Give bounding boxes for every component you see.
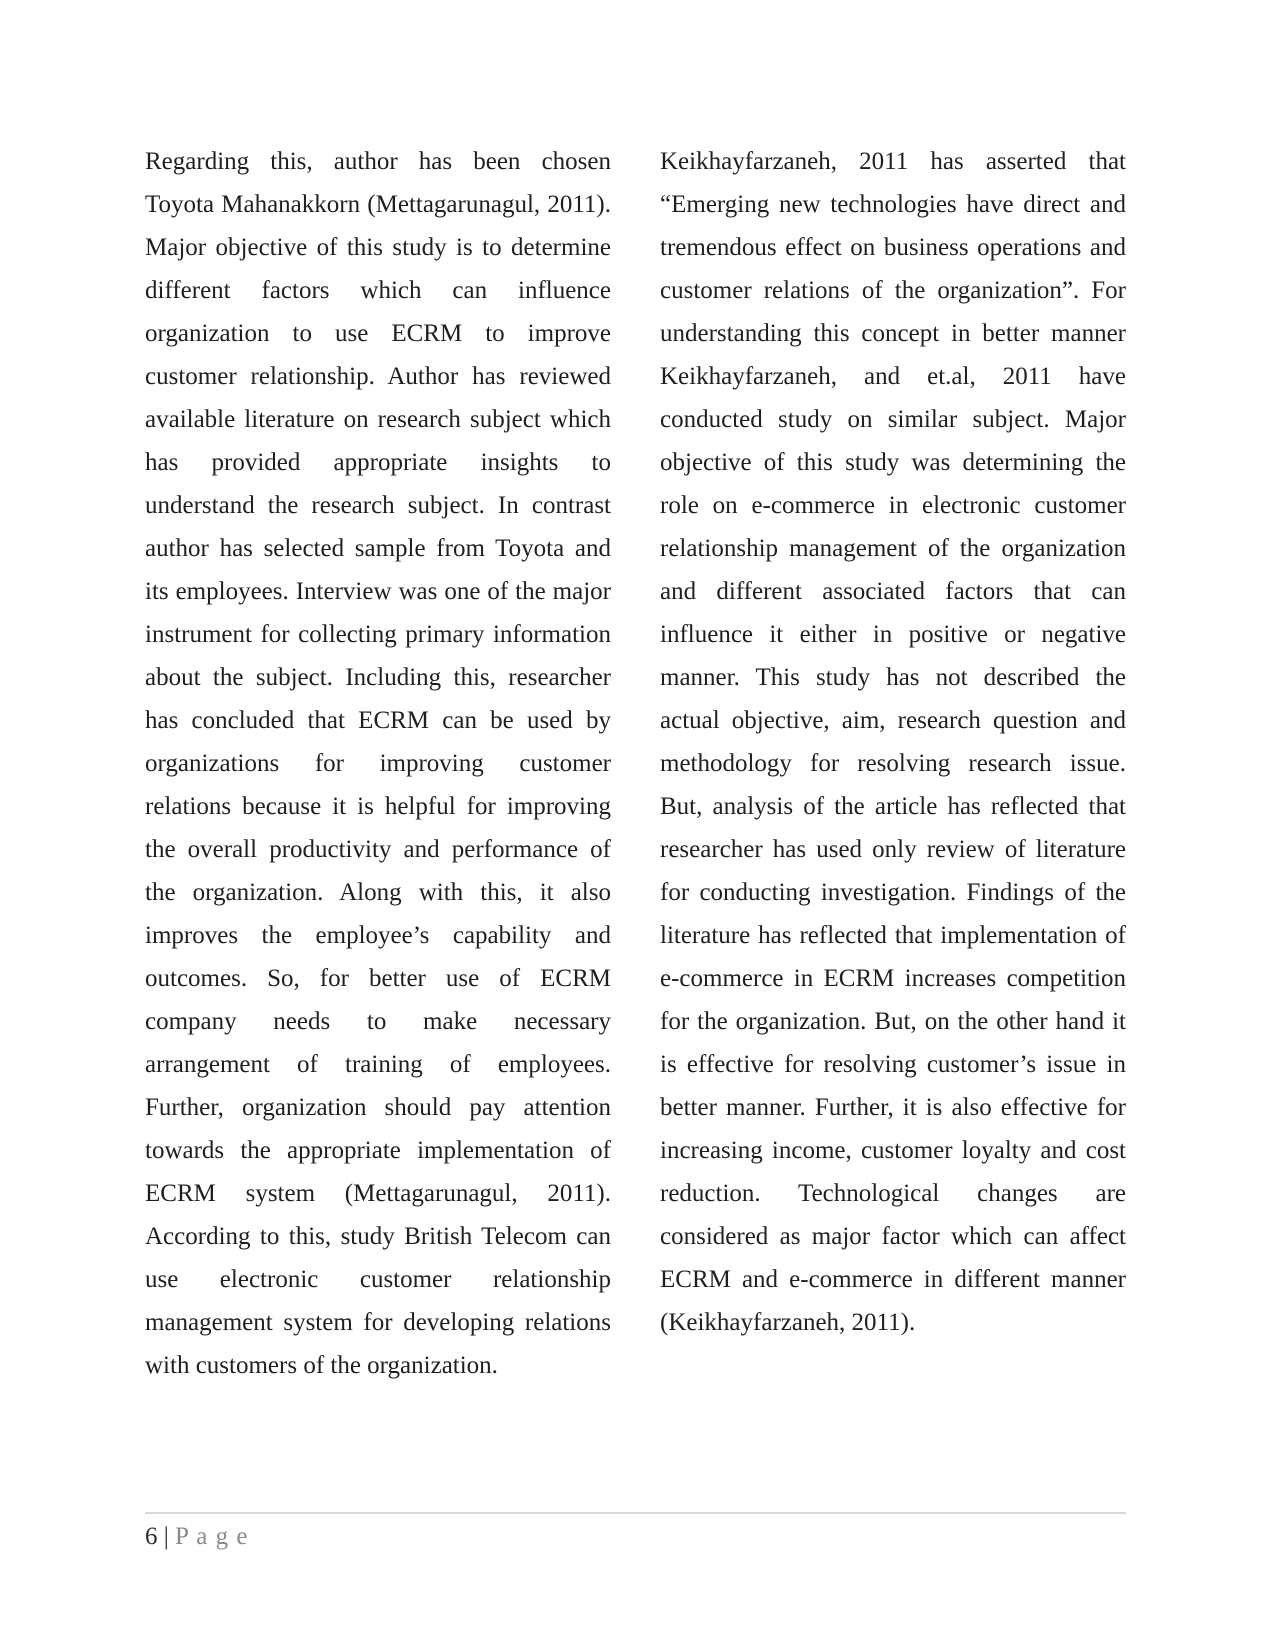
footer: 6 | P a g e xyxy=(145,1521,248,1553)
footer-page-number: 6 | xyxy=(145,1523,175,1550)
footer-divider-line xyxy=(145,1512,1126,1514)
footer-page-label: P a g e xyxy=(175,1523,248,1550)
right-column-paragraph: Keikhayfarzaneh, 2011 has asserted that … xyxy=(660,140,1126,1387)
left-column-paragraph: Regarding this, author has been chosen T… xyxy=(145,140,611,1387)
document-page: Regarding this, author has been chosen T… xyxy=(0,0,1275,1651)
two-column-text-block: Regarding this, author has been chosen T… xyxy=(145,140,1126,1387)
